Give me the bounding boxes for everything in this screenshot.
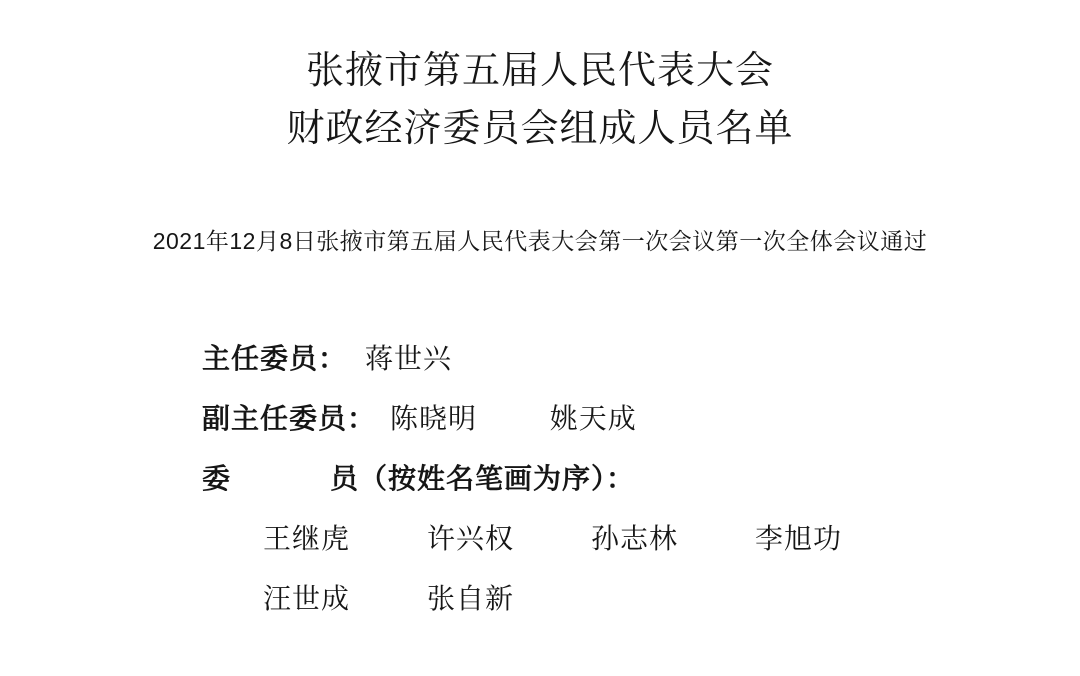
chairman-label: 主任委员： — [202, 342, 347, 376]
member-name: 张自新 — [427, 582, 591, 616]
member-name: 汪世成 — [263, 582, 427, 616]
vice-chairman-name: 姚天成 — [550, 402, 702, 436]
members-label-row: 委 员（按姓名笔画为序）： — [202, 462, 1080, 496]
member-name: 孙志林 — [591, 522, 755, 556]
title-line-2: 财政经济委员会组成人员名单 — [0, 100, 1080, 158]
chairman-name: 蒋世兴 — [365, 342, 452, 376]
members-row-1: 王继虎 许兴权 孙志林 李旭功 — [202, 522, 1080, 556]
document-title: 张掖市第五届人民代表大会 财政经济委员会组成人员名单 — [0, 0, 1080, 158]
members-label-prefix: 委 — [202, 462, 231, 496]
roster: 主任委员： 蒋世兴 副主任委员： 陈晓明 姚天成 委 员（按姓名笔画为序）： 王… — [0, 342, 1080, 616]
chairman-row: 主任委员： 蒋世兴 — [202, 342, 1080, 376]
document-page: 张掖市第五届人民代表大会 财政经济委员会组成人员名单 2021年12月8日张掖市… — [0, 0, 1080, 676]
vice-chairmen-label: 副主任委员： — [202, 402, 376, 436]
member-name: 李旭功 — [755, 522, 919, 556]
vice-chairman-name: 陈晓明 — [390, 402, 542, 436]
approval-note: 2021年12月8日张掖市第五届人民代表大会第一次会议第一次全体会议通过 — [0, 224, 1080, 258]
member-name: 许兴权 — [427, 522, 591, 556]
title-line-1: 张掖市第五届人民代表大会 — [0, 42, 1080, 100]
members-label-suffix: 员（按姓名笔画为序）： — [330, 462, 635, 496]
vice-chairmen-row: 副主任委员： 陈晓明 姚天成 — [202, 402, 1080, 436]
member-name: 王继虎 — [263, 522, 427, 556]
members-row-2: 汪世成 张自新 — [202, 582, 1080, 616]
vice-chairmen-names: 陈晓明 姚天成 — [390, 402, 702, 436]
